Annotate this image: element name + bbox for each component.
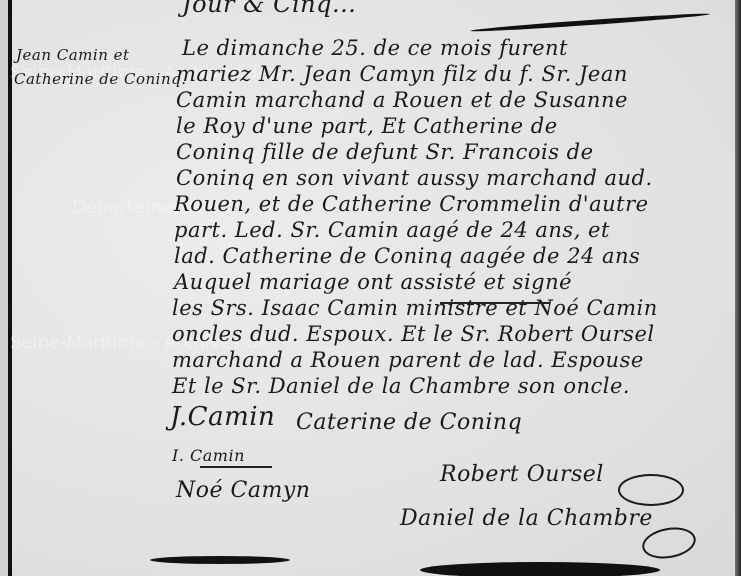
signature-robert-oursel: Robert Oursel	[440, 462, 604, 487]
entry-line-8: part. Led. Sr. Camin aagé de 24 ans, et	[174, 218, 610, 242]
page-right-edge	[735, 0, 741, 576]
entry-line-6: Coninq en son vivant aussy marchand aud.	[176, 166, 653, 190]
strikethrough	[440, 302, 550, 304]
page-left-edge	[0, 0, 8, 576]
signature-i-camin: I. Camin	[172, 446, 245, 465]
entry-line-9: lad. Catherine de Coninq aagée de 24 ans	[174, 244, 640, 268]
bottom-stroke-left	[150, 556, 290, 564]
document-page: Seine-Maritime - Archives dép Départemen…	[0, 0, 741, 576]
margin-rule	[8, 0, 12, 576]
entry-line-11: les Srs. Isaac Camin ministre et Noé Cam…	[172, 296, 658, 320]
entry-line-14: Et le Sr. Daniel de la Chambre son oncle…	[172, 374, 630, 398]
paraphe-oursel	[618, 474, 684, 506]
signature-underline	[200, 466, 272, 468]
signature-daniel-de-la-chambre: Daniel de la Chambre	[400, 506, 653, 531]
entry-line-5: Coninq fille de defunt Sr. Francois de	[176, 140, 594, 164]
heading-fragment: Jour & Cinq...	[182, 0, 356, 18]
signature-j-camin: J.Camin	[170, 402, 275, 432]
entry-line-4: le Roy d'une part, Et Catherine de	[176, 114, 558, 138]
entry-line-2: mariez Mr. Jean Camyn filz du f. Sr. Jea…	[176, 62, 628, 86]
entry-line-3: Camin marchand a Rouen et de Susanne	[176, 88, 628, 112]
entry-line-7: Rouen, et de Catherine Crommelin d'autre	[174, 192, 649, 216]
entry-line-12: oncles dud. Espoux. Et le Sr. Robert Our…	[172, 322, 655, 346]
heading-flourish	[470, 12, 710, 34]
bottom-stroke-right	[420, 562, 660, 576]
signature-catherine-de-coninq: Caterine de Coninq	[296, 410, 522, 435]
entry-line-10: Auquel mariage ont assisté et signé	[174, 270, 572, 294]
margin-note-line1: Jean Camin et	[16, 46, 130, 64]
entry-line-1: Le dimanche 25. de ce mois furent	[182, 36, 568, 60]
entry-line-13: marchand a Rouen parent de lad. Espouse	[172, 348, 644, 372]
margin-note-line2: Catherine de Coninq.	[14, 70, 187, 88]
signature-noe-camyn: Noé Camyn	[176, 478, 310, 503]
